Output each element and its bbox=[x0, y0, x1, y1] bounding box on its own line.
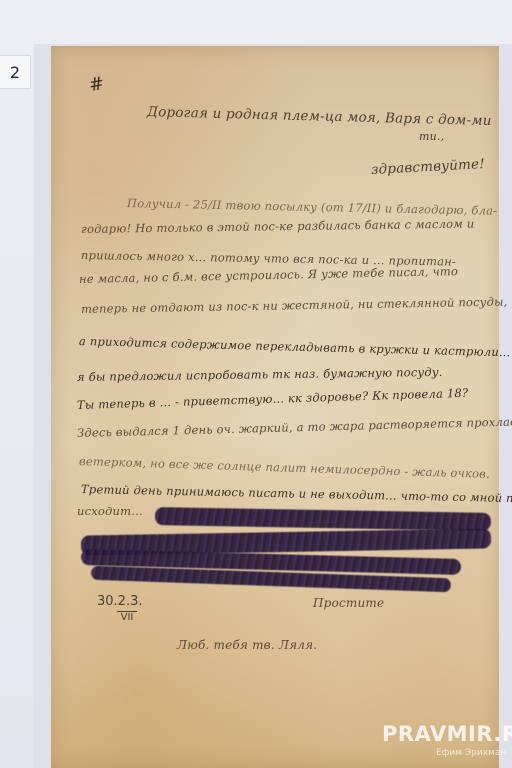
body-line-5: теперь не отдают из пос-к ни жестяной, н… bbox=[81, 295, 508, 316]
salutation-line-2: ти., bbox=[419, 130, 444, 143]
closing-text: Простите bbox=[313, 596, 384, 610]
exhibit-number: 2 bbox=[10, 63, 20, 82]
body-line-6: а приходится содержимое перекладывать в … bbox=[79, 334, 511, 359]
body-line-2: годарю! Но только в этой пос-ке разбилас… bbox=[81, 217, 475, 236]
body-line-11: Третий день принимаюсь писать и не выход… bbox=[81, 482, 512, 505]
hash-mark: # bbox=[87, 73, 106, 96]
body-line-10: ветерком, но все же солнце палит немилос… bbox=[79, 454, 490, 481]
signature: Люб. тебя тв. Ляля. bbox=[177, 638, 317, 652]
redaction-stroke-1 bbox=[155, 507, 491, 531]
photo-credit: Ефим Эрихман bbox=[436, 748, 506, 758]
exhibit-number-tag: 2 bbox=[0, 55, 31, 89]
site-watermark: PRAVMIR.RU bbox=[382, 722, 512, 746]
body-line-12: исходит... bbox=[77, 504, 143, 518]
salutation-line-3: здравствуйте! bbox=[371, 156, 486, 178]
letter-paper: # Дорогая и родная плем-ца моя, Варя с д… bbox=[51, 46, 499, 768]
date-month: VII bbox=[117, 611, 137, 623]
body-line-9: Здесь выдался 1 день оч. жаркий, а то жа… bbox=[77, 414, 512, 440]
body-line-8: Ты теперь в ... - приветствую... кк здор… bbox=[77, 386, 469, 412]
date-day: 30.2.3. bbox=[97, 594, 142, 609]
body-line-1: Получил - 25/II твою посылку (от 17/II) … bbox=[127, 196, 498, 218]
salutation-line-1: Дорогая и родная плем-ца моя, Варя с дом… bbox=[147, 104, 492, 129]
letter-date: 30.2.3. VII bbox=[97, 594, 142, 623]
body-line-4: не масла, но с б.м. все устроилось. Я уж… bbox=[79, 264, 458, 286]
body-line-7: я бы предложил испробовать тк наз. бумаж… bbox=[77, 365, 443, 384]
